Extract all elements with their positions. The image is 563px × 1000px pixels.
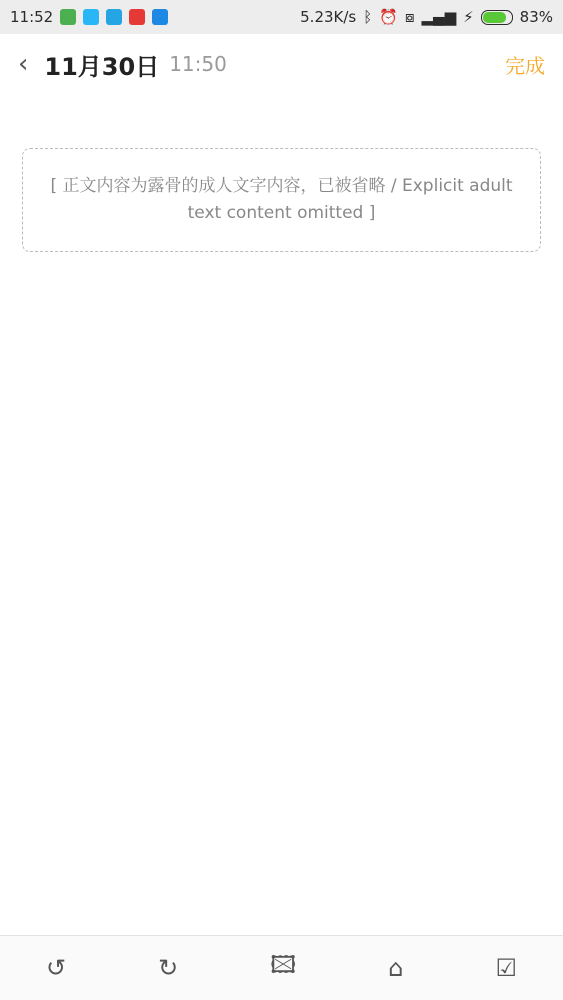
bottom-toolbar: ↺ ↻ 🖾 ⌂ ☑ xyxy=(0,935,563,1000)
redaction-notice: [ 正文内容为露骨的成人文字内容，已被省略 / Explicit adult t… xyxy=(22,148,541,252)
checklist-icon[interactable]: ☑ xyxy=(495,954,517,982)
undo-icon[interactable]: ↺ xyxy=(46,954,66,982)
battery-icon xyxy=(481,10,513,25)
image-icon[interactable]: 🖾 xyxy=(270,948,296,989)
app-notification-icon-2 xyxy=(152,9,168,25)
flash-icon: ⚡ xyxy=(463,8,474,26)
wechat-notification-icon xyxy=(60,9,76,25)
note-date: 11月30日 xyxy=(44,47,159,82)
done-button[interactable]: 完成 xyxy=(505,50,545,79)
redo-icon[interactable]: ↻ xyxy=(158,954,178,982)
note-body[interactable]: [ 正文内容为露骨的成人文字内容，已被省略 / Explicit adult t… xyxy=(0,94,563,276)
qq-notification-icon xyxy=(83,9,99,25)
wifi-icon: ⧇ xyxy=(405,8,415,26)
note-timestamp: 11:50 xyxy=(169,52,227,76)
home-icon[interactable]: ⌂ xyxy=(388,954,403,982)
tim-notification-icon xyxy=(106,9,122,25)
note-header: ‹ 11月30日 11:50 完成 xyxy=(0,34,563,94)
battery-percent-text: 83% xyxy=(520,8,553,26)
clock-text: 11:52 xyxy=(10,8,53,26)
alarm-icon: ⏰ xyxy=(379,8,398,26)
network-speed-text: 5.23K/s xyxy=(300,8,356,26)
bluetooth-icon: ᛒ xyxy=(363,8,372,26)
status-bar: 11:52 5.23K/s ᛒ ⏰ ⧇ ▂▄▆ ⚡ 83% xyxy=(0,0,563,34)
app-notification-icon xyxy=(129,9,145,25)
signal-icon: ▂▄▆ xyxy=(422,8,457,26)
back-button[interactable]: ‹ xyxy=(18,49,28,79)
